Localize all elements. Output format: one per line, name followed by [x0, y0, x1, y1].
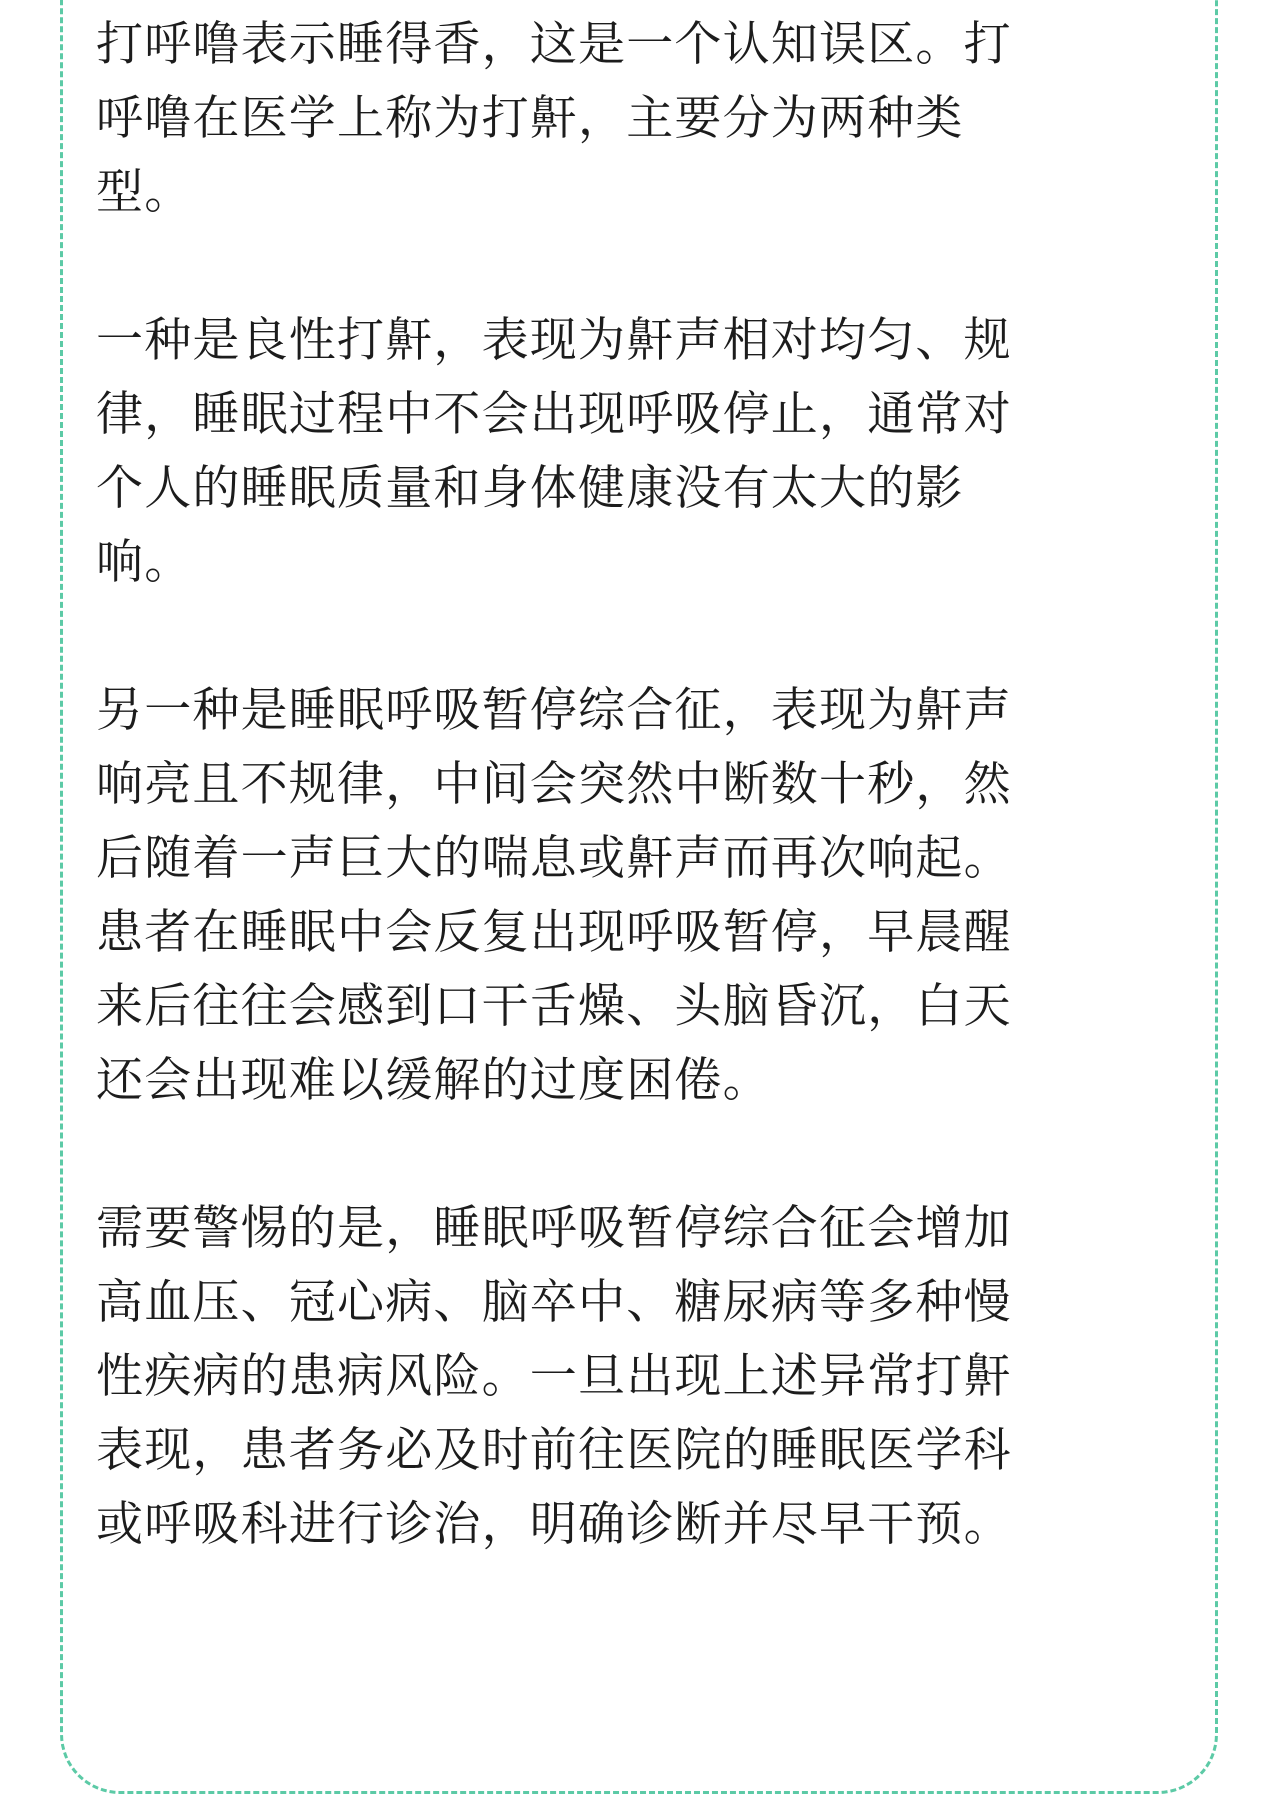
text-line: 律，睡眠过程中不会出现呼吸停止，通常对 — [96, 378, 1056, 452]
text-line: 患者在睡眠中会反复出现呼吸暂停，早晨醒 — [96, 896, 1056, 970]
paragraph-health-warning: 需要警惕的是，睡眠呼吸暂停综合征会增加 高血压、冠心病、脑卒中、糖尿病等多种慢 … — [96, 1192, 1056, 1562]
paragraph-snoring-misconception: 打呼噜表示睡得香，这是一个认知误区。打 呼噜在医学上称为打鼾，主要分为两种类 型… — [96, 8, 1056, 230]
text-line: 个人的睡眠质量和身体健康没有太大的影 — [96, 452, 1056, 526]
text-line: 后随着一声巨大的喘息或鼾声而再次响起。 — [96, 822, 1056, 896]
text-line: 打呼噜表示睡得香，这是一个认知误区。打 — [96, 8, 1056, 82]
text-line: 呼噜在医学上称为打鼾，主要分为两种类 — [96, 82, 1056, 156]
text-line: 需要警惕的是，睡眠呼吸暂停综合征会增加 — [96, 1192, 1056, 1266]
text-line: 型。 — [96, 156, 1056, 230]
text-line: 性疾病的患病风险。一旦出现上述异常打鼾 — [96, 1340, 1056, 1414]
text-line: 响亮且不规律，中间会突然中断数十秒，然 — [96, 748, 1056, 822]
text-line: 一种是良性打鼾，表现为鼾声相对均匀、规 — [96, 304, 1056, 378]
text-line: 高血压、冠心病、脑卒中、糖尿病等多种慢 — [96, 1266, 1056, 1340]
text-line: 或呼吸科进行诊治，明确诊断并尽早干预。 — [96, 1488, 1056, 1562]
paragraph-benign-snoring: 一种是良性打鼾，表现为鼾声相对均匀、规 律，睡眠过程中不会出现呼吸停止，通常对 … — [96, 304, 1056, 600]
text-line: 另一种是睡眠呼吸暂停综合征，表现为鼾声 — [96, 674, 1056, 748]
text-line: 还会出现难以缓解的过度困倦。 — [96, 1044, 1056, 1118]
text-line: 响。 — [96, 526, 1056, 600]
paragraph-sleep-apnea: 另一种是睡眠呼吸暂停综合征，表现为鼾声 响亮且不规律，中间会突然中断数十秒，然 … — [96, 674, 1056, 1118]
text-line: 来后往往会感到口干舌燥、头脑昏沉，白天 — [96, 970, 1056, 1044]
text-line: 表现，患者务必及时前往医院的睡眠医学科 — [96, 1414, 1056, 1488]
article-body: 打呼噜表示睡得香，这是一个认知误区。打 呼噜在医学上称为打鼾，主要分为两种类 型… — [96, 8, 1056, 1562]
